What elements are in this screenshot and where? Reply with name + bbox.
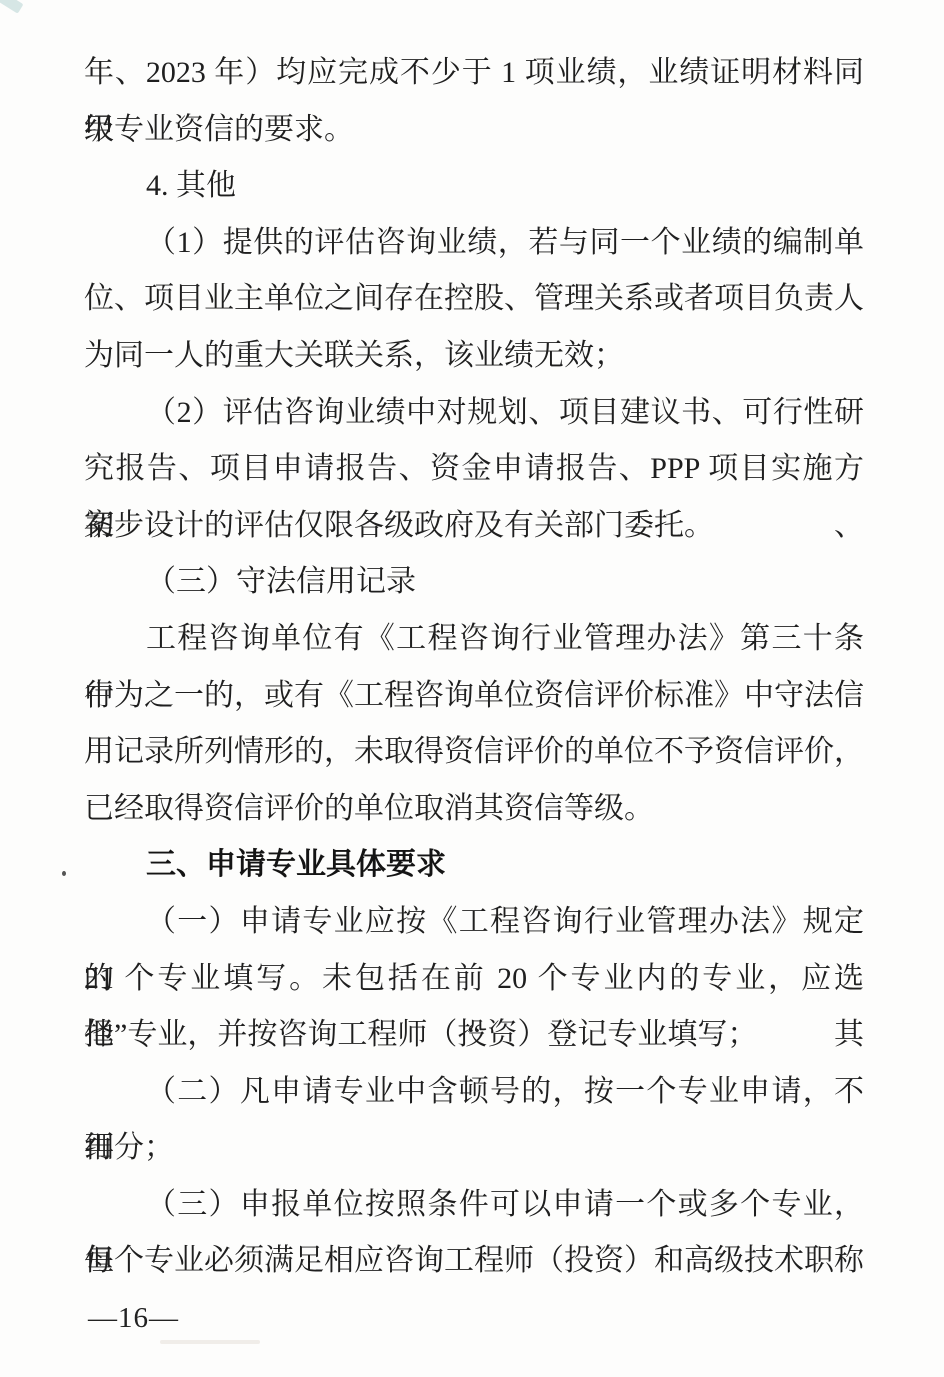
text-line: 工程咨询单位有《工程咨询行业管理办法》第三十条中: [84, 611, 864, 668]
document-body-text: 年、2023 年）均应完成不少于 1 项业绩，业绩证明材料同甲 级专业资信的要求…: [84, 45, 864, 1290]
text-line: 级专业资信的要求。: [84, 102, 864, 159]
scanned-document-page: 年、2023 年）均应完成不少于 1 项业绩，业绩证明材料同甲 级专业资信的要求…: [0, 0, 944, 1377]
scan-artifact-smudge: [160, 1340, 260, 1344]
scan-artifact-corner-mark: [0, 0, 23, 14]
subsection-heading: （三）守法信用记录: [84, 554, 864, 611]
text-line: 用记录所列情形的，未取得资信评价的单位不予资信评价，: [84, 724, 864, 781]
text-line: 21 个专业填写。未包括在前 20 个专业内的专业，应选择“其: [84, 951, 864, 1008]
text-line: 位、项目业主单位之间存在控股、管理关系或者项目负责人: [84, 271, 864, 328]
section-heading: 三、申请专业具体要求: [84, 837, 864, 894]
scan-artifact-ink-speck: [62, 871, 66, 876]
text-line: （一）申请专业应按《工程咨询行业管理办法》规定的: [84, 894, 864, 951]
text-line: 为同一人的重大关联关系，该业绩无效；: [84, 328, 864, 385]
text-line: 细分；: [84, 1120, 864, 1177]
text-line: （二）凡申请专业中含顿号的，按一个专业申请，不再: [84, 1064, 864, 1121]
text-line: 已经取得资信评价的单位取消其资信等级。: [84, 781, 864, 838]
text-line: （1）提供的评估咨询业绩，若与同一个业绩的编制单: [84, 215, 864, 272]
text-line: 究报告、项目申请报告、资金申请报告、PPP 项目实施方案、: [84, 441, 864, 498]
text-line: 年、2023 年）均应完成不少于 1 项业绩，业绩证明材料同甲: [84, 45, 864, 102]
text-line: （2）评估咨询业绩中对规划、项目建议书、可行性研: [84, 385, 864, 442]
text-line: 行为之一的，或有《工程咨询单位资信评价标准》中守法信: [84, 668, 864, 725]
text-line: （三）申报单位按照条件可以申请一个或多个专业，但: [84, 1177, 864, 1234]
list-item-number: 4. 其他: [84, 158, 864, 215]
text-line: 每个专业必须满足相应咨询工程师（投资）和高级技术职称: [84, 1233, 864, 1290]
page-number: —16—: [88, 1298, 179, 1338]
text-line: 他”专业，并按咨询工程师（投资）登记专业填写；: [84, 1007, 864, 1064]
